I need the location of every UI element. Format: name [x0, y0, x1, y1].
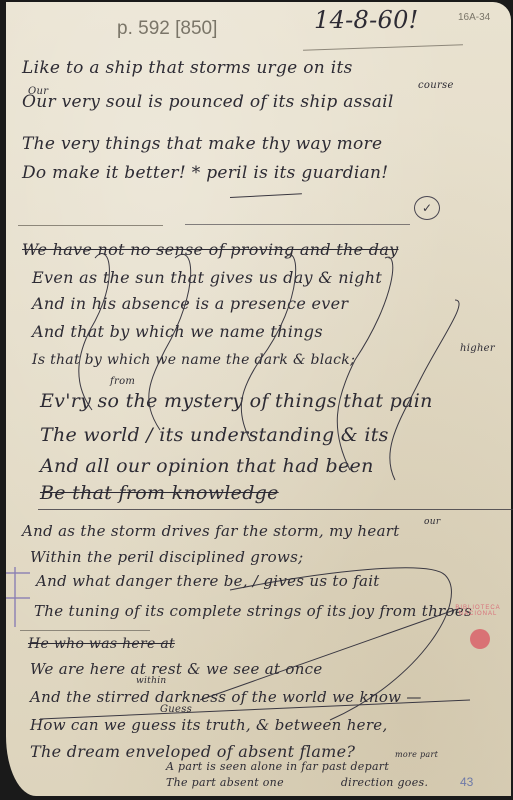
- stanza-3-line-1: And as the storm drives far the storm, m…: [22, 522, 400, 540]
- section-divider-3: [38, 509, 513, 510]
- stanza-3-line-7: And the stirred darkness of the world we…: [30, 688, 422, 706]
- page-number: 43: [460, 775, 473, 789]
- purple-margin-mark-horizontal-1: [6, 572, 30, 574]
- stanza-3-line-2: Within the peril disciplined grows;: [30, 548, 304, 566]
- stanza-3-line-6: We are here at rest & we see at once: [30, 660, 323, 678]
- stanza-3-divider: [20, 630, 150, 631]
- purple-margin-mark-horizontal-2: [6, 597, 30, 599]
- stanza-3-line-5: He who was here at: [28, 636, 175, 652]
- footnote-line-1: A part is seen alone in far past depart: [166, 760, 389, 773]
- stanza-3-interlinear-guess: Guess: [160, 704, 192, 715]
- stanza-3-line-8: How can we guess its truth, & between he…: [30, 716, 388, 734]
- stanza-3-line-4: The tuning of its complete strings of it…: [34, 602, 472, 620]
- footnote-line-2: The part absent one direction goes.: [166, 776, 428, 789]
- library-stamp-seal-icon: [470, 629, 490, 649]
- stanza-3-interlinear-within: within: [136, 676, 166, 686]
- cancellation-loops: [0, 0, 513, 800]
- stanza-3-line-9: The dream enveloped of absent flame?: [30, 742, 355, 761]
- library-stamp-text: BIBLIOTECA NACIONAL: [441, 605, 513, 617]
- footnote-interlinear: more part: [395, 750, 438, 759]
- stanza-3-line-3: And what danger there be, / gives us to …: [36, 572, 380, 590]
- stanza-3-interlinear-our: our: [424, 517, 440, 527]
